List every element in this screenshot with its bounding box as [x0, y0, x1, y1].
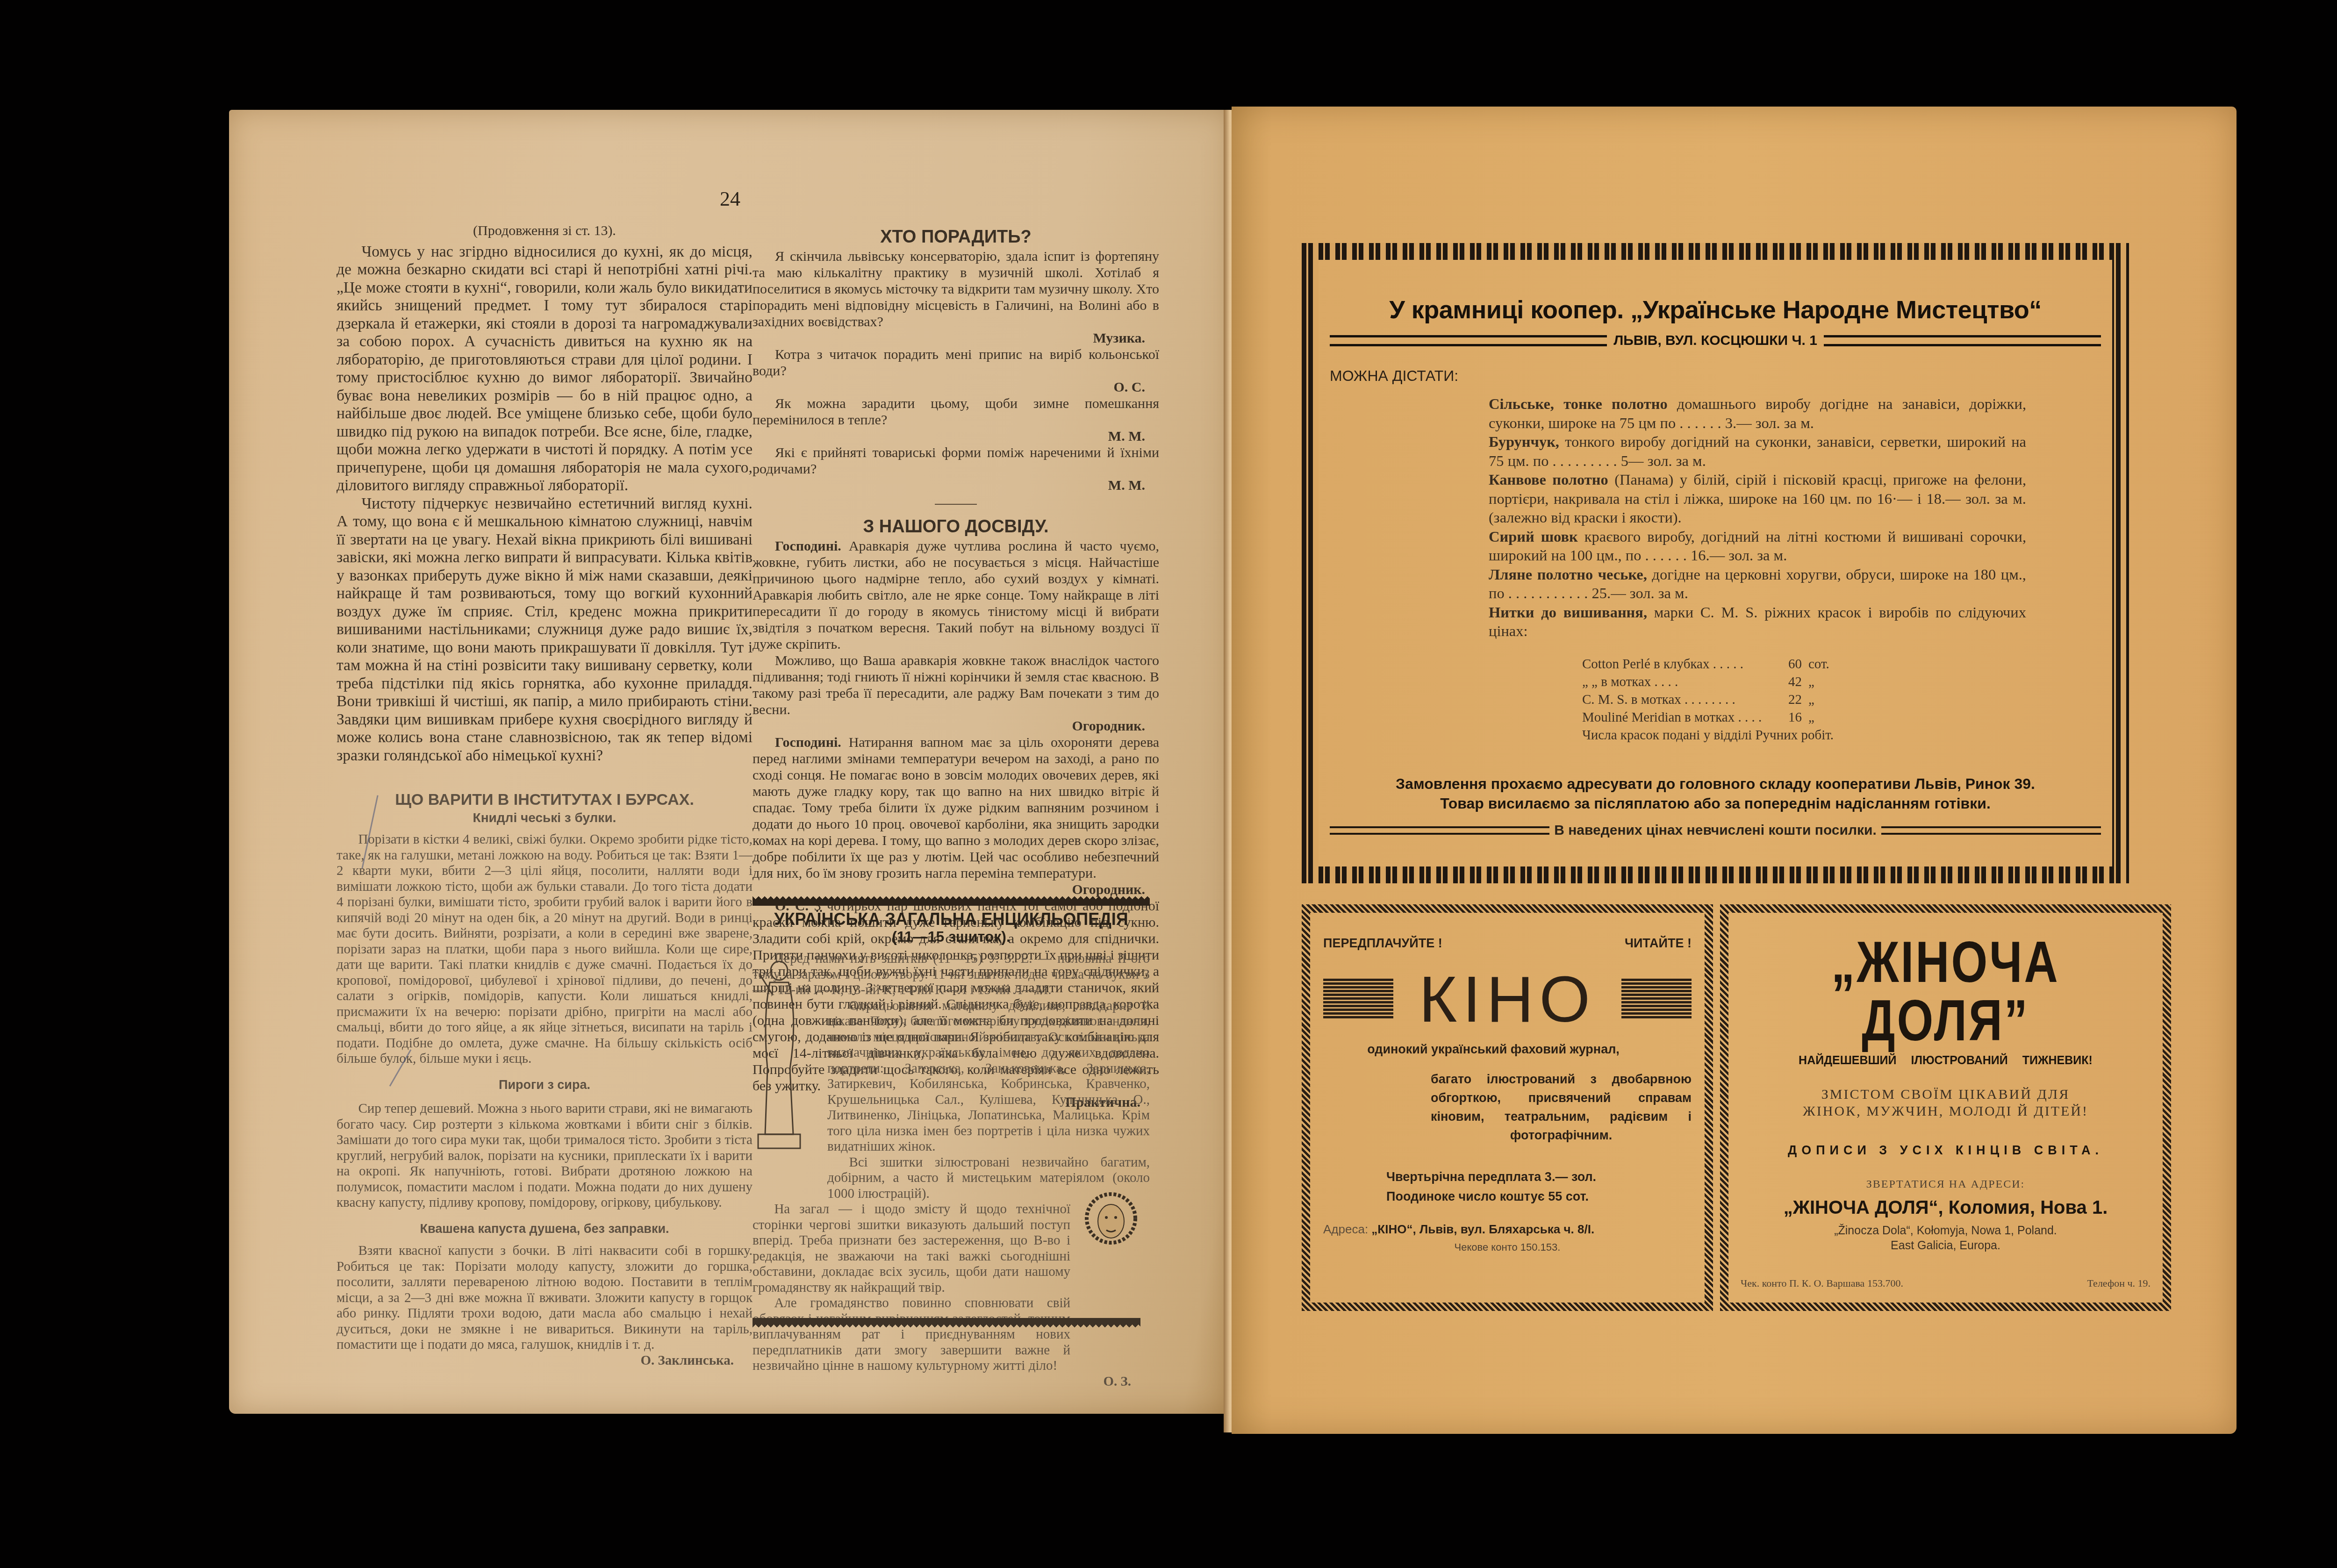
- dolia-dopysy: ДОПИСИ З УСІХ КІНЦІВ СВІТА.: [1741, 1143, 2151, 1158]
- article-paragraph: Чистоту підчеркує незвичайно естетичний …: [337, 495, 753, 765]
- product-item: Бурунчук, тонкого виробу догідний на сук…: [1489, 433, 2026, 471]
- subscribe-call: ПЕРЕДПЛАЧУЙТЕ !: [1323, 936, 1442, 951]
- triangle-ornament-bottom: [753, 1318, 1140, 1331]
- recipe-text: Порізати в кістки 4 великі, свіжі булки.…: [337, 832, 753, 1067]
- quarterly-price: Чвертьрічна передплата 3.— зол.: [1386, 1167, 1692, 1187]
- triangle-ornament-top: [753, 893, 1150, 906]
- store-address: ЛЬВІВ, ВУЛ. КОСЦЮШКИ Ч. 1: [1613, 333, 1817, 349]
- ad-title: У крамниці коопер. „Українське Народне М…: [1330, 295, 2101, 324]
- answer-text: Аравкарія дуже чутлива рослина й часто ч…: [753, 538, 1159, 652]
- answer: Можливо, що Ваша аравкарія жовкне також …: [753, 652, 1159, 718]
- shipping-note: В наведених цінах невчислені кошти посил…: [1554, 823, 1877, 838]
- dolia-subtitle: НАЙДЕШЕВШИЙ ІЛЮСТРОВАНИЙ ТИЖНЕВИК!: [1741, 1054, 2151, 1067]
- product-item: Лляне полотно чеське, догідне на церковн…: [1489, 566, 2026, 603]
- dolia-address: „ЖІНОЧА ДОЛЯ“, Коломия, Нова 1.: [1741, 1197, 2151, 1218]
- kino-title: КІНО: [1419, 967, 1596, 1032]
- product-item: Канвове полотно (Панама) у білій, сірій …: [1489, 471, 2026, 528]
- thread-price-table: Cotton Perlé в клубках . . . . .60сот. „…: [1582, 655, 2101, 744]
- statue-illustration-icon: [753, 956, 806, 1154]
- kino-check-account: Чекове конто 150.153.: [1323, 1241, 1692, 1253]
- answer-lead: Господині.: [775, 538, 841, 554]
- stripes-icon: [1323, 979, 1393, 1020]
- question: Котра з читачок порадить мені припис на …: [753, 346, 1159, 379]
- question: Я скінчила львівську консерваторію, здал…: [753, 248, 1159, 330]
- price-row: Mouliné Meridian в мотках . . . .16„: [1582, 709, 2101, 726]
- question-signature: М. М.: [753, 428, 1159, 444]
- question-signature: Музика.: [753, 330, 1159, 346]
- contact-label: ЗВЕРТАТИСЯ НА АДРЕСИ:: [1741, 1178, 2151, 1191]
- stripes-icon: [1621, 979, 1692, 1020]
- can-get-label: МОЖНА ДІСТАТИ:: [1330, 367, 2101, 385]
- recipe-title: Книдлі чеські з булки.: [337, 810, 753, 826]
- review-paragraph: Але громадянство повинно сповнювати свій…: [753, 1296, 1070, 1374]
- cooperative-ad: У крамниці коопер. „Українське Народне М…: [1302, 243, 2129, 883]
- order-line: Товар висилаємо за післяплатою або за по…: [1330, 794, 2101, 813]
- encyclopedia-title: УКРАЇНСЬКА ЗАГАЛЬНА ЕНЦИКЛЬОПЕДІЯ: [753, 911, 1150, 927]
- order-info: Замовлення прохаємо адресувати до головн…: [1330, 774, 2101, 813]
- answer-signature: Огородник.: [753, 718, 1159, 734]
- product-item: Нитки до вишивання, марки C. M. S. ріжни…: [1489, 603, 2026, 641]
- address-rule: ЛЬВІВ, ВУЛ. КОСЦЮШКИ Ч. 1: [1330, 333, 2101, 349]
- product-item: Сирий шовк краєвого виробу, догідний на …: [1489, 528, 2026, 566]
- product-item: Сільське, тонке полотно домашнього вироб…: [1489, 395, 2026, 433]
- kino-ad: ПЕРЕДПЛАЧУЙТЕ ! ЧИТАЙТЕ ! КІНО одинокий …: [1302, 904, 1713, 1311]
- review-paragraph: Перед нами пять зшитків (11—15) У. З. Е.…: [753, 951, 1150, 998]
- order-line: Замовлення прохаємо адресувати до головн…: [1330, 774, 2101, 794]
- kino-address: Адреса: „КІНО“, Львів, вул. Бляхарська ч…: [1323, 1222, 1692, 1237]
- kino-tagline: одинокий український фаховий журнал,: [1323, 1042, 1692, 1057]
- section-title: ЩО ВАРИТИ В ІНСТИТУТАХ І БУРСАХ.: [337, 792, 753, 808]
- answer: Господині. Натирання вапном має за ціль …: [753, 734, 1159, 881]
- answer-text: Можливо, що Ваша аравкарія жовкне також …: [753, 653, 1159, 717]
- recipe-text: Сир тепер дешевий. Можна з нього варити …: [337, 1101, 753, 1211]
- shipping-rule: В наведених цінах невчислені кошти посил…: [1330, 823, 2101, 838]
- face-illustration-icon: [1080, 1189, 1142, 1247]
- article-paragraph: Чомусь у нас згірдно відносилися до кухн…: [337, 243, 753, 495]
- question-signature: М. М.: [753, 477, 1159, 494]
- product-list: Сільське, тонке полотно домашнього вироб…: [1489, 395, 2026, 641]
- recipes-section: ЩО ВАРИТИ В ІНСТИТУТАХ І БУРСАХ. Книдлі …: [337, 792, 753, 1368]
- kitchen-article: (Продовження зі ст. 13). Чомусь у нас зг…: [337, 222, 753, 765]
- kino-description: багато ілюстрований з двобарвною обгортк…: [1431, 1070, 1692, 1145]
- question-signature: О. С.: [753, 379, 1159, 395]
- page-number: 24: [720, 187, 740, 211]
- answer-text: Натирання вапном має за ціль охороняти д…: [753, 735, 1159, 881]
- question: Як можна зарадити цьому, щоби зимне поме…: [753, 395, 1159, 428]
- experience-title: З НАШОГО ДОСВІДУ.: [753, 519, 1159, 535]
- divider: [935, 504, 977, 505]
- recipe-text: Взяти квасної капусти з бочки. В літі на…: [337, 1243, 753, 1353]
- kino-prices: Чвертьрічна передплата 3.— зол. Поодинок…: [1386, 1167, 1692, 1206]
- zhinocha-dolia-ad: „ЖІНОЧА ДОЛЯ” НАЙДЕШЕВШИЙ ІЛЮСТРОВАНИЙ Т…: [1720, 904, 2171, 1311]
- review-signature: О. З.: [753, 1374, 1150, 1390]
- dolia-latin-address: „Žinocza Dola“, Kołomyja, Nowa 1, Poland…: [1741, 1223, 2151, 1253]
- phone: Телефон ч. 19.: [2087, 1277, 2151, 1289]
- review-paragraph: Опрацьовання матеріялу дбайливе, ляпідар…: [827, 998, 1150, 1155]
- signature: О. Заклинська.: [337, 1353, 753, 1369]
- single-price: Поодиноке число коштує 55 сот.: [1386, 1187, 1692, 1206]
- recipe-title: Квашена капуста душена, без заправки.: [337, 1221, 753, 1237]
- continuation-note: (Продовження зі ст. 13).: [337, 222, 753, 240]
- colors-note: Числа красок подані у відділі Ручних роб…: [1582, 726, 2101, 744]
- dolia-body: ЗМІСТОМ СВОЇМ ЦІКАВИЙ ДЛЯ ЖІНОК, МУЖЧИН,…: [1741, 1086, 2151, 1120]
- price-row: Cotton Perlé в клубках . . . . .60сот.: [1582, 655, 2101, 673]
- dolia-title: „ЖІНОЧА ДОЛЯ”: [1741, 933, 2151, 1050]
- dolia-footer: Чек. конто П. К. О. Варшава 153.700. Тел…: [1741, 1277, 2151, 1289]
- price-row: „ „ в мотках . . . .42„: [1582, 673, 2101, 691]
- kino-logo: КІНО: [1323, 967, 1692, 1032]
- answer-lead: Господині.: [775, 735, 841, 750]
- price-row: C. M. S. в мотках . . . . . . . .22„: [1582, 691, 2101, 709]
- encyclopedia-subtitle: (11—15 зшиток).: [753, 929, 1150, 945]
- review-paragraph: На загал — і щодо змісту й щодо технічно…: [753, 1202, 1070, 1296]
- read-call: ЧИТАЙТЕ !: [1625, 936, 1692, 951]
- answer: Господині. Аравкарія дуже чутлива рослин…: [753, 538, 1159, 652]
- recipe-title: Пироги з сира.: [337, 1077, 753, 1093]
- question: Які є прийняті товариські форми поміж на…: [753, 444, 1159, 477]
- check-account: Чек. конто П. К. О. Варшава 153.700.: [1741, 1277, 1903, 1289]
- advice-title: ХТО ПОРАДИТЬ?: [753, 229, 1159, 245]
